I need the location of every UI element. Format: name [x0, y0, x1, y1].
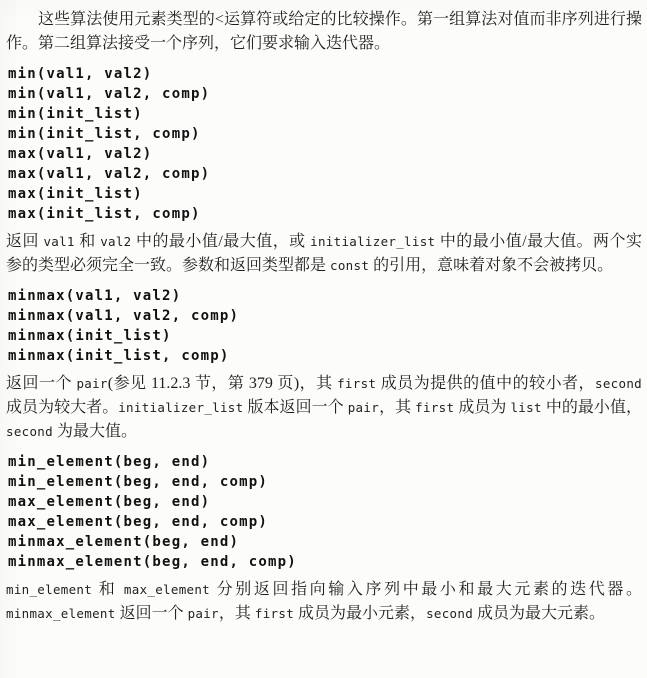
text-run: 成员为提供的值中的较小者， — [376, 375, 595, 392]
text-run: 返回一个 — [116, 605, 188, 622]
code-line: minmax(init_list) — [8, 326, 642, 346]
paragraph-element-description: min_element 和 max_element 分别返回指向输入序列中最小和… — [6, 578, 642, 626]
inline-code: first — [337, 376, 376, 391]
text-run: 中的最小值， — [542, 399, 642, 416]
text-run: 这些算法使用元素类型的<运算符或给定的比较操作。第一组算法对值而非序列进行操作。… — [6, 11, 642, 52]
code-line: minmax(init_list, comp) — [8, 346, 642, 366]
paragraph-intro: 这些算法使用元素类型的<运算符或给定的比较操作。第一组算法对值而非序列进行操作。… — [6, 8, 642, 56]
inline-code: pair — [188, 606, 219, 621]
text-run: 成员为最大元素。 — [473, 605, 605, 622]
inline-code: min_element — [6, 582, 92, 597]
code-line: max(val1, val2, comp) — [8, 164, 642, 184]
code-line: minmax(val1, val2, comp) — [8, 306, 642, 326]
code-block-minmax: minmax(val1, val2)minmax(val1, val2, com… — [8, 286, 642, 366]
code-line: minmax_element(beg, end, comp) — [8, 552, 642, 572]
text-run: ，其 — [379, 399, 415, 416]
code-line: min(init_list, comp) — [8, 124, 642, 144]
inline-code: first — [415, 400, 454, 415]
text-run: 成员为较大者。 — [6, 399, 118, 416]
paragraph-min-max-description: 返回 val1 和 val2 中的最小值/最大值，或 initializer_l… — [6, 230, 642, 278]
code-line: min(val1, val2) — [8, 64, 642, 84]
inline-code: second — [6, 424, 53, 439]
code-line: max_element(beg, end, comp) — [8, 512, 642, 532]
text-run: 和 — [75, 233, 100, 250]
inline-code: val2 — [100, 234, 131, 249]
text-run: 为最大值。 — [53, 423, 137, 440]
inline-code: val1 — [43, 234, 74, 249]
text-run: 返回 — [6, 233, 43, 250]
inline-code: max_element — [124, 582, 210, 597]
text-run: 分别返回指向输入序列中最小和最大元素的迭代器。 — [210, 581, 642, 598]
text-run: 成员为最小元素， — [294, 605, 426, 622]
inline-code: initializer_list — [118, 400, 243, 415]
inline-code: list — [510, 400, 541, 415]
inline-code: minmax_element — [6, 606, 116, 621]
inline-code: second — [595, 376, 642, 391]
text-run: 的引用，意味着对象不会被拷贝。 — [369, 257, 613, 274]
inline-code: pair — [348, 400, 379, 415]
code-line: min(val1, val2, comp) — [8, 84, 642, 104]
inline-code: first — [255, 606, 294, 621]
text-run: 和 — [92, 581, 124, 598]
code-line: min_element(beg, end) — [8, 452, 642, 472]
text-run: (参见 11.2.3 节，第 379 页)，其 — [108, 375, 337, 392]
text-run: 版本返回一个 — [243, 399, 347, 416]
inline-code: pair — [76, 376, 107, 391]
text-run: 成员为 — [454, 399, 510, 416]
code-line: min(init_list) — [8, 104, 642, 124]
book-page: 这些算法使用元素类型的<运算符或给定的比较操作。第一组算法对值而非序列进行操作。… — [0, 0, 647, 678]
code-line: minmax(val1, val2) — [8, 286, 642, 306]
code-block-min-max: min(val1, val2)min(val1, val2, comp)min(… — [8, 64, 642, 224]
inline-code: second — [426, 606, 473, 621]
paragraph-minmax-description: 返回一个 pair(参见 11.2.3 节，第 379 页)，其 first 成… — [6, 372, 642, 444]
code-block-min-max-element: min_element(beg, end)min_element(beg, en… — [8, 452, 642, 572]
code-line: max_element(beg, end) — [8, 492, 642, 512]
text-run: 返回一个 — [6, 375, 76, 392]
text-run: ，其 — [219, 605, 255, 622]
code-line: max(init_list) — [8, 184, 642, 204]
text-run: 中的最小值/最大值，或 — [132, 233, 311, 250]
code-line: max(val1, val2) — [8, 144, 642, 164]
inline-code: initializer_list — [310, 234, 435, 249]
code-line: minmax_element(beg, end) — [8, 532, 642, 552]
inline-code: const — [330, 258, 369, 273]
code-line: max(init_list, comp) — [8, 204, 642, 224]
code-line: min_element(beg, end, comp) — [8, 472, 642, 492]
